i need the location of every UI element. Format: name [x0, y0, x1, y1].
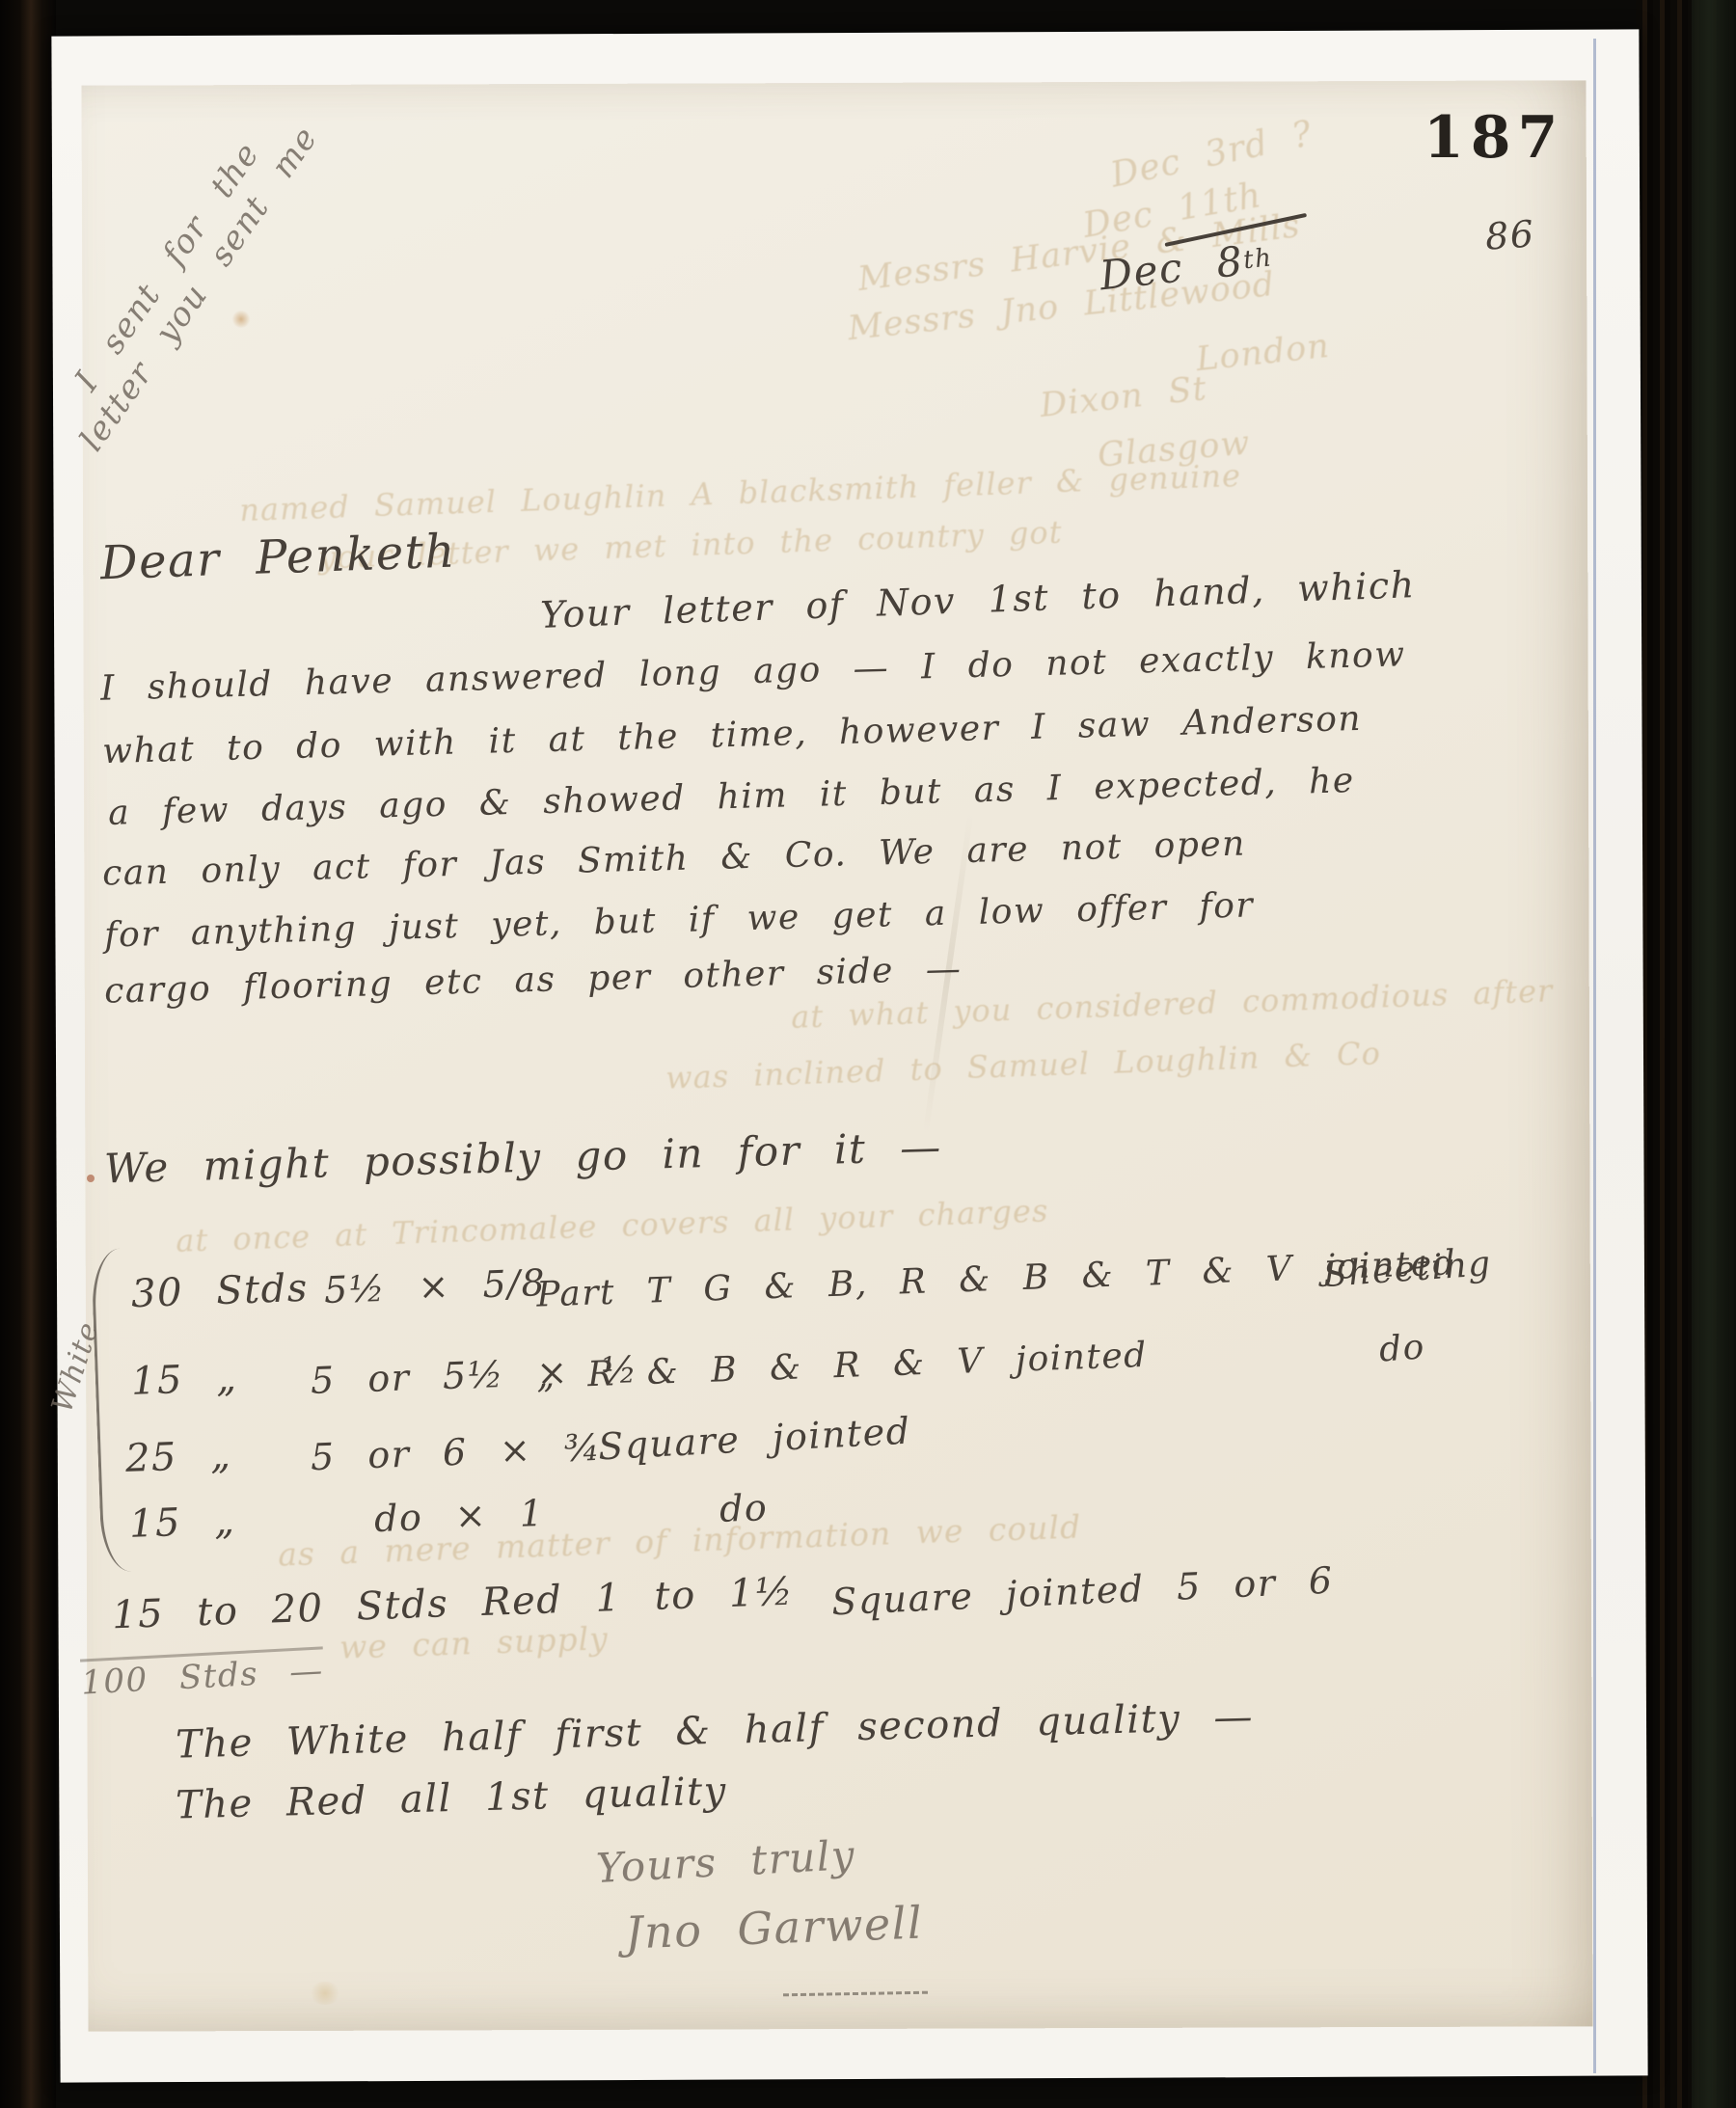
order-qty: 25 „	[124, 1433, 232, 1481]
order-qty: 15 „	[130, 1356, 238, 1404]
paper-stain	[231, 311, 251, 328]
year-note: 86	[1484, 212, 1536, 257]
book-cover-edge	[1692, 0, 1736, 2108]
paper-stain	[87, 1175, 95, 1182]
order-size: do × 1	[373, 1492, 545, 1540]
scanned-letterbook-photo: Dec 3rd ? Dec 11th Messrs Harvie & Mills…	[0, 0, 1736, 2108]
date-ordinal: th	[1242, 243, 1274, 275]
order-qty: 15 „	[128, 1499, 236, 1547]
order-qty: 30 Stds	[130, 1266, 309, 1316]
book-spine-edge	[0, 0, 56, 2108]
page-edge-rule	[1593, 39, 1596, 2073]
order-size: 5½ × 5/8	[323, 1261, 547, 1311]
page-number: 187	[1424, 104, 1564, 172]
order-spec: do	[719, 1486, 769, 1530]
signature: Jno Garwell	[624, 1897, 924, 1959]
order-note: do	[1378, 1327, 1426, 1369]
paper-stain	[309, 1982, 341, 2005]
